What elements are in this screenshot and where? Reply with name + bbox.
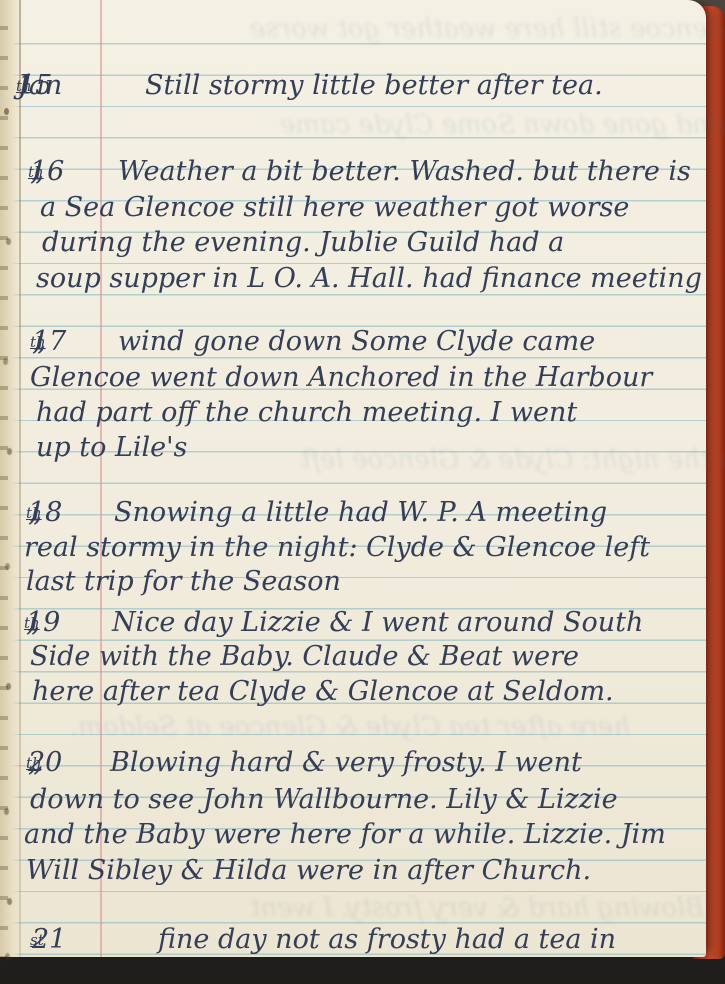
entry-text: Will Sibley & Hilda were in after Church… xyxy=(26,855,591,887)
entry-text: Still stormy little better after tea. xyxy=(145,70,603,102)
entry-date: „ 20th xyxy=(28,747,42,786)
diary-line: Will Sibley & Hilda were in after Church… xyxy=(0,855,706,891)
entry-text: and the Baby were here for a while. Lizz… xyxy=(24,819,666,851)
entry-date: „ 18th xyxy=(28,497,42,536)
diary-line: here after tea Clyde & Glencoe at Seldom… xyxy=(0,676,706,712)
entry-text: fine day not as frosty had a tea in xyxy=(158,924,616,956)
entry-text: Side with the Baby. Claude & Beat were xyxy=(30,641,579,673)
entry-text: here after tea Clyde & Glencoe at Seldom… xyxy=(32,676,614,708)
diary-line: and the Baby were here for a while. Lizz… xyxy=(0,819,706,855)
entry-text: Glencoe went down Anchored in the Harbou… xyxy=(30,362,652,394)
entry-date: „ 16th xyxy=(30,156,44,195)
entry-text: last trip for the Season xyxy=(26,566,341,598)
diary-line: had part off the church meeting. I went xyxy=(0,397,706,433)
entry-text: Blowing hard & very frosty. I went xyxy=(110,747,582,779)
entry-text: had part off the church meeting. I went xyxy=(36,397,577,429)
entry-text: during the evening. Jublie Guild had a xyxy=(42,227,564,259)
entry-text: soup supper in L O. A. Hall. had finance… xyxy=(36,263,702,295)
entry-text: up to Lile's xyxy=(36,432,187,464)
diary-line: real stormy in the night: Clyde & Glenco… xyxy=(0,532,706,568)
entry-date: 21st xyxy=(32,924,44,963)
diary-line: Jan 15th Still stormy little better afte… xyxy=(0,70,706,106)
diary-line: „ 17th wind gone down Some Clyde came xyxy=(0,326,706,362)
diary-line: 21st fine day not as frosty had a tea in xyxy=(0,924,706,960)
entry-text: wind gone down Some Clyde came xyxy=(118,326,595,358)
entry-text: a Sea Glencoe still here weather got wor… xyxy=(40,192,629,224)
entry-text: Snowing a little had W. P. A meeting xyxy=(114,497,607,529)
entry-date: „ 17th xyxy=(32,326,46,365)
entry-text: Nice day Lizzie & I went around South xyxy=(112,607,643,639)
diary-line: during the evening. Jublie Guild had a xyxy=(0,227,706,263)
diary-line: last trip for the Season xyxy=(0,566,706,602)
diary-page: a Sea Glencoe still here weather got wor… xyxy=(0,0,706,957)
diary-line: down to see John Wallbourne. Lily & Lizz… xyxy=(0,784,706,820)
entry-text: down to see John Wallbourne. Lily & Lizz… xyxy=(30,784,618,816)
entry-text: real stormy in the night: Clyde & Glenco… xyxy=(24,532,650,564)
entry-text: Weather a bit better. Washed. but there … xyxy=(118,156,691,188)
diary-line: Glencoe went down Anchored in the Harbou… xyxy=(0,362,706,398)
diary-line: a Sea Glencoe still here weather got wor… xyxy=(0,192,706,228)
scanned-diary-photo: a Sea Glencoe still here weather got wor… xyxy=(0,0,725,984)
diary-line: Side with the Baby. Claude & Beat were xyxy=(0,641,706,677)
entry-date: Jan 15th xyxy=(18,70,32,109)
diary-line: „ 20th Blowing hard & very frosty. I wen… xyxy=(0,747,706,783)
diary-line: „ 19th Nice day Lizzie & I went around S… xyxy=(0,607,706,643)
diary-line: soup supper in L O. A. Hall. had finance… xyxy=(0,263,706,299)
diary-line: „ 16th Weather a bit better. Washed. but… xyxy=(0,156,706,192)
diary-line: „ 18th Snowing a little had W. P. A meet… xyxy=(0,497,706,533)
wear-spots xyxy=(4,108,9,115)
diary-line: up to Lile's xyxy=(0,432,706,468)
